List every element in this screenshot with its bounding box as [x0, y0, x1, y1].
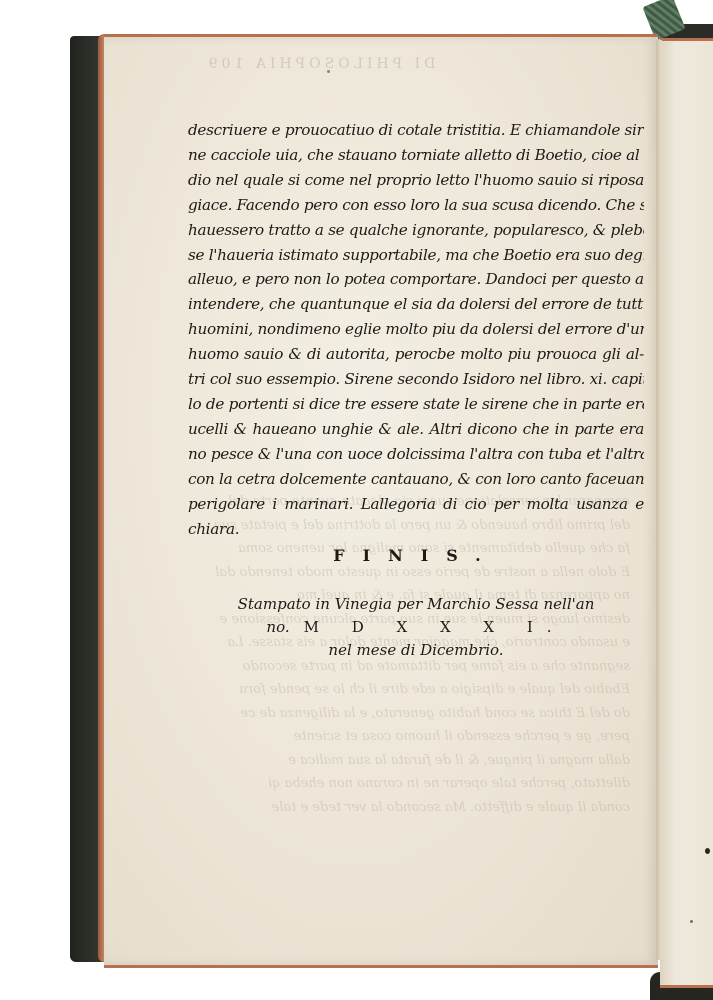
colophon-line-1: Stampato in Vinegia per Marchio Sessa ne… [188, 593, 644, 616]
text-line: ne cacciole uia, che stauano torniate al… [188, 143, 644, 168]
text-line: hauessero tratto a se qualche ignorante,… [188, 218, 644, 243]
text-line: se l'haueria istimato supportabile, ma c… [188, 243, 644, 268]
text-line: alleuo, e pero non lo potea comportare. … [188, 267, 644, 292]
text-line: huomini, nondimeno eglie molto piu da do… [188, 317, 644, 342]
colophon: Stampato in Vinegia per Marchio Sessa ne… [188, 593, 644, 662]
text-line: intendere, che quantunque el sia da dole… [188, 292, 644, 317]
text-line: dio nel quale si come nel proprio letto … [188, 168, 644, 193]
text-line: descriuere e prouocatiuo di cotale trist… [188, 118, 644, 143]
gutter-shadow [656, 40, 662, 960]
paper-speck [327, 70, 330, 73]
text-line: no pesce & l'una con uoce dolcissima l'a… [188, 442, 644, 467]
colophon-year-line: no.M D X X X I. [188, 616, 644, 639]
text-line: con la cetra dolcemente cantauano, & con… [188, 467, 644, 492]
text-line: perigolare i marinari. Lallegoria di cio… [188, 492, 644, 517]
text-line: giace. Facendo pero con esso loro la sua… [188, 193, 644, 218]
text-line: tri col suo essempio. Sirene secondo Isi… [188, 367, 644, 392]
text-line: ucelli & haueano unghie & ale. Altri dic… [188, 417, 644, 442]
paper-speck [705, 848, 710, 854]
main-text-block: descriuere e prouocatiuo di cotale trist… [188, 118, 644, 541]
showthrough-running-head: DI PHILOSOPHIA 109 [100, 56, 540, 72]
text-line-last: chiara. [188, 517, 644, 542]
book-photo: DI PHILOSOPHIA 109 comparar lor conselat… [0, 0, 713, 1000]
colophon-year-prefix: no. [266, 618, 289, 636]
finis-heading: FINIS. [188, 546, 644, 565]
text-line: huomo sauio & di autorita, perocbe molto… [188, 342, 644, 367]
colophon-line-3: nel mese di Dicembrio. [188, 639, 644, 662]
paper-speck [690, 920, 693, 923]
colophon-year-roman: M D X X X I. [304, 618, 566, 636]
facing-page-edge [660, 38, 713, 988]
text-line: lo de portenti si dice tre essere state … [188, 392, 644, 417]
